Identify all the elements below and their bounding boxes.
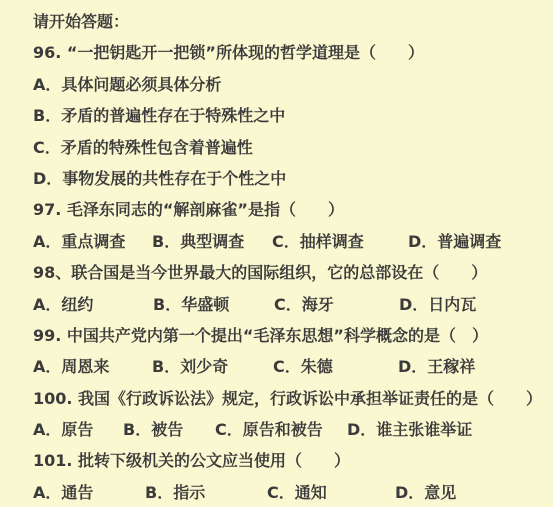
question-100-options-row: A．原告 B．被告 C．原告和被告 D．谁主张谁举证 [33,414,553,445]
question-100-stem: 100. 我国《行政诉讼法》规定，行政诉讼中承担举证责任的是（ ） [33,383,553,414]
question-100-option-a: A．原告 [33,414,93,445]
question-98-option-a: A．纽约 [33,289,93,320]
question-100-option-c: C．原告和被告 [215,414,323,445]
question-101-option-b: B．指示 [145,477,205,507]
question-99-option-d: D．王稼祥 [398,351,475,382]
question-98-stem: 98、联合国是当今世界最大的国际组织，它的总部设在（ ） [33,257,553,288]
question-97-stem: 97. 毛泽东同志的“解剖麻雀”是指（ ） [33,194,553,225]
question-99-stem: 99. 中国共产党内第一个提出“毛泽东思想”科学概念的是（ ） [33,320,553,351]
question-101-option-a: A．通告 [33,477,93,507]
question-99-options-row: A．周恩来 B．刘少奇 C．朱德 D．王稼祥 [33,351,553,382]
question-101-stem: 101. 批转下级机关的公文应当使用（ ） [33,445,553,476]
question-98-options-row: A．纽约 B．华盛顿 C．海牙 D．日内瓦 [33,289,553,320]
answer-prompt: 请开始答题： [33,6,553,37]
question-96-stem: 96. “一把钥匙开一把锁”所体现的哲学道理是（ ） [33,37,553,68]
question-96-option-a: A．具体问题必须具体分析 [33,69,553,100]
question-98-option-b: B．华盛顿 [153,289,229,320]
question-97-option-a: A．重点调查 [33,226,125,257]
question-101-option-c: C．通知 [267,477,327,507]
question-99-option-c: C．朱德 [273,351,333,382]
question-101-option-d: D．意见 [395,477,456,507]
question-98-option-c: C．海牙 [274,289,334,320]
question-96-option-b: B．矛盾的普遍性存在于特殊性之中 [33,100,553,131]
question-96-option-d: D．事物发展的共性存在于个性之中 [33,163,553,194]
question-97-option-d: D．普遍调查 [408,226,501,257]
question-96-option-c: C．矛盾的特殊性包含着普遍性 [33,132,553,163]
question-99-option-a: A．周恩来 [33,351,109,382]
exam-page: 请开始答题： 96. “一把钥匙开一把锁”所体现的哲学道理是（ ） A．具体问题… [0,0,553,507]
question-97-option-b: B．典型调查 [152,226,244,257]
question-100-option-d: D．谁主张谁举证 [347,414,472,445]
question-97-options-row: A．重点调查 B．典型调查 C．抽样调查 D．普遍调查 [33,226,553,257]
question-101-options-row: A．通告 B．指示 C．通知 D．意见 [33,477,553,507]
question-100-option-b: B．被告 [123,414,183,445]
question-97-option-c: C．抽样调查 [272,226,364,257]
question-99-option-b: B．刘少奇 [152,351,228,382]
question-98-option-d: D．日内瓦 [399,289,476,320]
